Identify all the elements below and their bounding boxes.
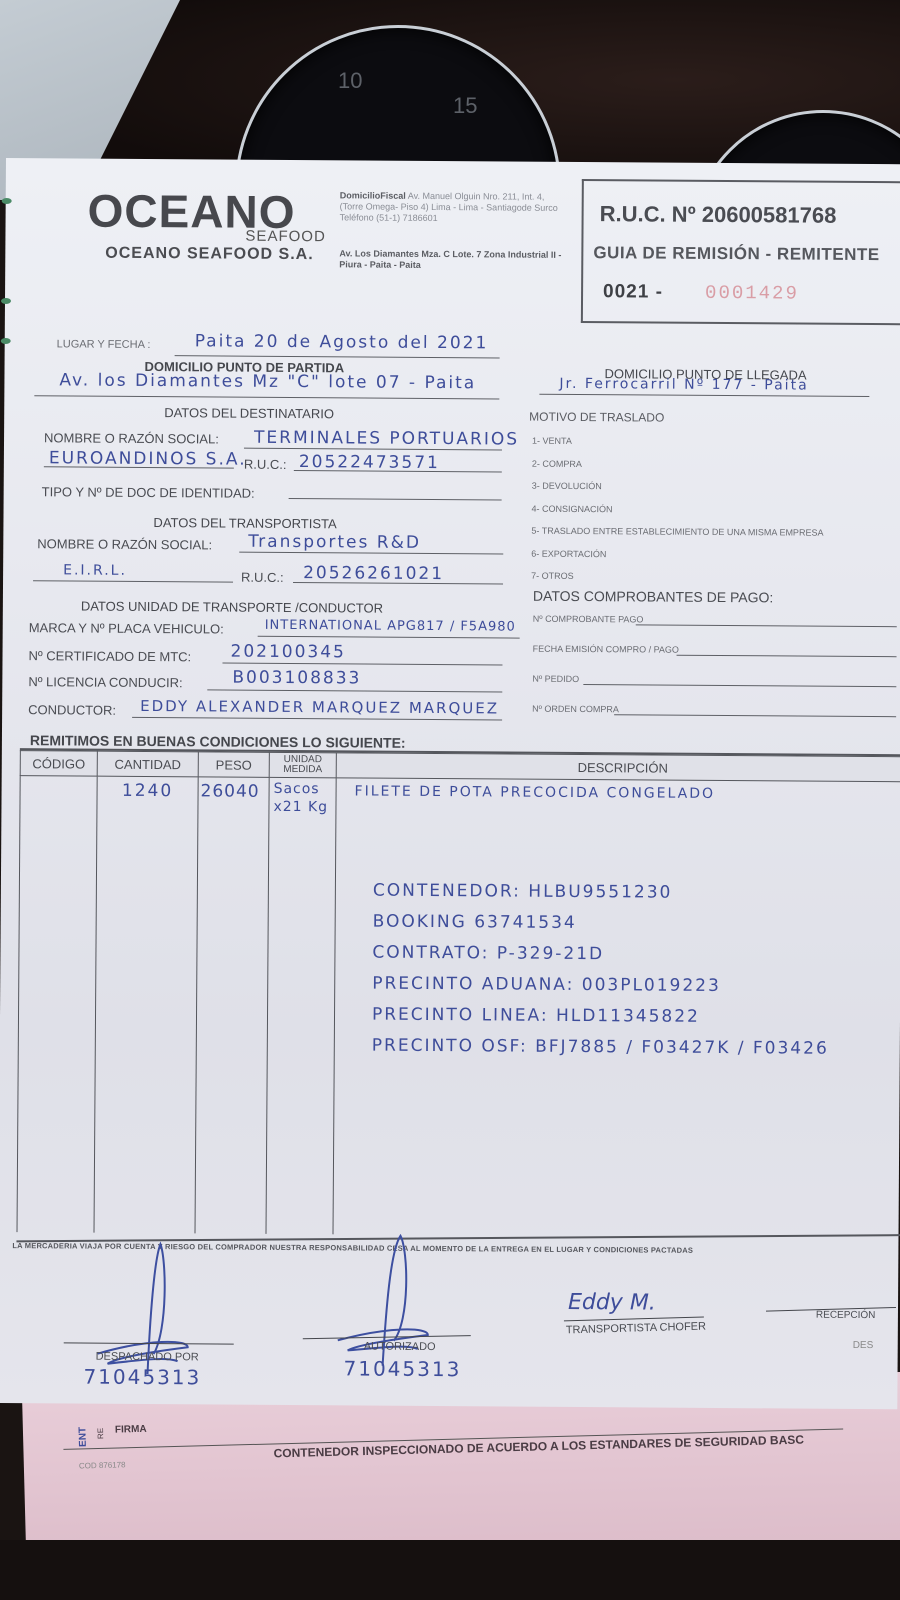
payment-field-label: Nº ORDEN COMPRA bbox=[532, 704, 619, 715]
carrier-title: DATOS DEL TRANSPORTISTA bbox=[153, 515, 336, 531]
gauge-number: 10 bbox=[338, 68, 362, 94]
col-peso: PESO bbox=[198, 752, 269, 777]
fiscal-address: DomicilioFiscal Av. Manuel Olguin Nro. 2… bbox=[340, 190, 570, 225]
driver-value: EDDY ALEXANDER MARQUEZ MARQUEZ bbox=[140, 697, 499, 718]
vehicle-plate-label: MARCA Y Nº PLACA VEHICULO: bbox=[29, 620, 224, 636]
col-codigo: CÓDIGO bbox=[20, 751, 97, 777]
driver-label: CONDUCTOR: bbox=[28, 702, 116, 718]
recipient-name-line1: TERMINALES PORTUARIOS bbox=[254, 428, 519, 450]
note-container: CONTENEDOR: HLBU9551230 bbox=[373, 881, 830, 915]
transfer-reason-option: 7- OTROS bbox=[531, 571, 574, 581]
pink-col1: ENT bbox=[77, 1427, 89, 1447]
note-contract: CONTRATO: P-329-21D bbox=[372, 943, 829, 977]
payment-field-label: FECHA EMISIÓN COMPRO / PAGO bbox=[533, 644, 679, 655]
carrier-name-label: NOMBRE O RAZÓN SOCIAL: bbox=[37, 536, 212, 552]
transfer-reason-option: 5- TRASLADO ENTRE ESTABLECIMIENTO DE UNA… bbox=[531, 526, 823, 538]
carrier-ruc-value: 20526261021 bbox=[303, 563, 444, 584]
place-date-label: LUGAR Y FECHA : bbox=[57, 338, 151, 351]
cell-cantidad: 1240 bbox=[94, 776, 198, 1233]
gauge-number: 15 bbox=[453, 93, 477, 119]
doc-series: 0021 - bbox=[603, 281, 663, 303]
brand-subtitle: SEAFOOD bbox=[245, 228, 325, 246]
autorizado-id: 71045313 bbox=[343, 1356, 461, 1381]
carrier-name-line2: E.I.R.L. bbox=[63, 562, 127, 578]
payment-field-label: Nº PEDIDO bbox=[532, 674, 579, 684]
phone: Teléfono (51-1) 7186601 bbox=[340, 212, 438, 223]
col-cantidad: CANTIDAD bbox=[97, 751, 198, 777]
field-line bbox=[293, 582, 503, 584]
pink-firma-label: FIRMA bbox=[115, 1424, 147, 1436]
note-booking: BOOKING 63741534 bbox=[373, 912, 830, 946]
field-line bbox=[239, 552, 503, 555]
payment-field-label: Nº COMPROBANTE PAGO bbox=[533, 614, 644, 625]
field-line bbox=[33, 580, 233, 582]
note-line-seal: PRECINTO LINEA: HLD11345822 bbox=[372, 1005, 829, 1039]
doc-type: GUIA DE REMISIÓN - REMITENTE bbox=[593, 243, 879, 265]
cell-codigo bbox=[17, 776, 97, 1233]
place-date-value: Paita 20 de Agosto del 2021 bbox=[195, 331, 489, 353]
ruc-label: R.U.C. Nº bbox=[600, 201, 696, 227]
recipient-id-label: TIPO Y Nº DE DOC DE IDENTIDAD: bbox=[42, 484, 255, 500]
departure-value: Av. los Diamantes Mz "C" lote 07 - Paita bbox=[59, 370, 476, 393]
field-line bbox=[222, 663, 502, 666]
recipient-name-label: NOMBRE O RAZÓN SOCIAL: bbox=[44, 430, 219, 446]
payment-field-line bbox=[614, 714, 896, 717]
chofer-signature: Eddy M. bbox=[568, 1290, 656, 1316]
despachado-label: DESPACHADO POR bbox=[96, 1351, 199, 1364]
field-line bbox=[289, 498, 502, 500]
field-line bbox=[132, 717, 502, 721]
col-unidad: UNIDAD MEDIDA bbox=[269, 752, 336, 777]
payment-title: DATOS COMPROBANTES DE PAGO: bbox=[533, 588, 773, 606]
transfer-reason-option: 6- EXPORTACIÓN bbox=[531, 548, 606, 559]
mtc-label: Nº CERTIFICADO DE MTC: bbox=[28, 648, 191, 664]
plant-address-value: Av. Los Diamantes Mza. C Lote. 7 Zona In… bbox=[339, 248, 561, 270]
field-line bbox=[175, 355, 500, 358]
recipient-ruc-label: R.U.C.: bbox=[244, 457, 287, 472]
cell-peso: 26040 bbox=[195, 777, 269, 1233]
carrier-ruc-label: R.U.C.: bbox=[241, 570, 284, 585]
payment-field-line bbox=[636, 624, 897, 627]
document-sheet: OCEANO SEAFOOD OCEANO SEAFOOD S.A. Domic… bbox=[0, 158, 900, 1409]
ruc-number: 20600581768 bbox=[702, 202, 837, 228]
item-notes: CONTENEDOR: HLBU9551230 BOOKING 63741534… bbox=[372, 881, 830, 1070]
payment-field-line bbox=[677, 655, 897, 658]
pink-code: COD 876178 bbox=[79, 1460, 126, 1470]
recepcion-label: RECEPCIÓN bbox=[816, 1310, 876, 1321]
recepcion-sub: DES bbox=[853, 1340, 874, 1351]
punch-hole bbox=[2, 198, 12, 204]
field-line bbox=[207, 689, 502, 692]
mtc-value: 202100345 bbox=[230, 642, 345, 663]
doc-number: 0001429 bbox=[705, 282, 799, 305]
note-customs-seal: PRECINTO ADUANA: 003PL019223 bbox=[372, 974, 829, 1008]
transfer-reason-option: 1- VENTA bbox=[532, 436, 572, 446]
license-value: B003108833 bbox=[232, 668, 361, 689]
cell-unidad: Sacos x21 Kg bbox=[266, 777, 336, 1233]
plant-address: Av. Los Diamantes Mza. C Lote. 7 Zona In… bbox=[339, 248, 569, 272]
chofer-label: TRANSPORTISTA CHOFER bbox=[566, 1320, 706, 1336]
ruc-heading: R.U.C. Nº 20600581768 bbox=[600, 201, 837, 229]
fiscal-address-label: DomicilioFiscal bbox=[340, 190, 406, 200]
license-label: Nº LICENCIA CONDUCIR: bbox=[28, 674, 182, 690]
transfer-reason-option: 2- COMPRA bbox=[532, 458, 582, 468]
company-name: OCEANO SEAFOOD S.A. bbox=[105, 245, 313, 264]
recipient-title: DATOS DEL DESTINATARIO bbox=[164, 405, 334, 421]
punch-hole bbox=[1, 298, 11, 304]
autorizado-label: AUTORIZADO bbox=[364, 1341, 436, 1354]
carrier-name-line1: Transportes R&D bbox=[248, 532, 421, 553]
dark-background bbox=[0, 1540, 900, 1600]
vehicle-plate-value: INTERNATIONAL APG817 / F5A980 bbox=[265, 618, 516, 635]
punch-hole bbox=[1, 338, 11, 344]
note-osf-seal: PRECINTO OSF: BFJ7885 / F03427K / F03426 bbox=[372, 1036, 829, 1070]
field-line bbox=[34, 395, 499, 399]
field-line bbox=[539, 394, 869, 397]
arrival-value: Jr. Ferrocarril Nº 177 - Paita bbox=[559, 376, 808, 394]
field-line bbox=[258, 636, 520, 639]
vehicle-title: DATOS UNIDAD DE TRANSPORTE /CONDUCTOR bbox=[81, 599, 383, 616]
transfer-reason-option: 3- DEVOLUCIÓN bbox=[532, 481, 602, 491]
pink-col2: RE bbox=[96, 1428, 105, 1439]
transfer-reason-option: 4- CONSIGNACIÓN bbox=[532, 503, 613, 514]
printer-imprint: Imprenta "MULTICOPIAS" E.I.R.L. R.U.C. N… bbox=[0, 643, 1, 978]
transfer-reason-title: MOTIVO DE TRASLADO bbox=[529, 410, 664, 425]
despachado-id: 71045313 bbox=[83, 1365, 201, 1390]
payment-field-line bbox=[583, 684, 896, 687]
ruc-box: R.U.C. Nº 20600581768 GUIA DE REMISIÓN -… bbox=[581, 179, 900, 325]
